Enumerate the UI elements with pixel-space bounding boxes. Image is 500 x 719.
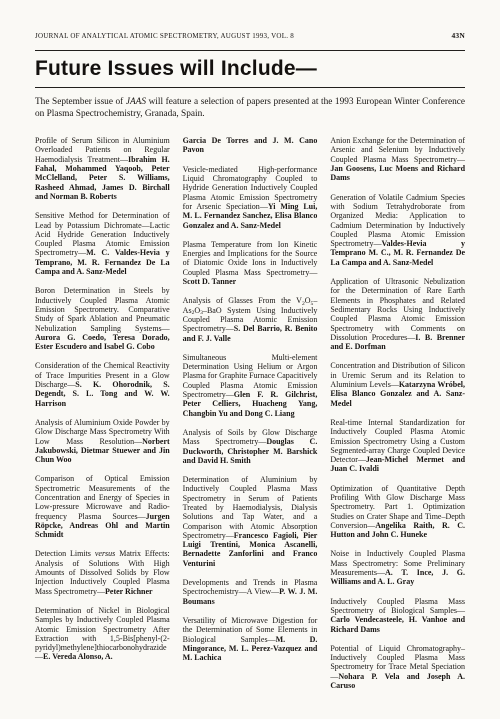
running-head: JOURNAL OF ANALYTICAL ATOMIC SPECTROMETR… — [35, 31, 465, 40]
em-dash: — — [391, 380, 399, 389]
paper-column: Anion Exchange for the Determination of … — [330, 136, 465, 700]
em-dash: — — [260, 202, 268, 211]
paper-entry: Boron Determination in Steels by Inducti… — [35, 286, 170, 351]
em-dash: — — [162, 324, 170, 333]
em-dash: — — [309, 268, 317, 277]
paper-entry: Vesicle-mediated High-performance Liquid… — [183, 165, 318, 230]
paper-entry: Concentration and Distribution of Silico… — [330, 361, 465, 407]
paper-entry: Anion Exchange for the Determination of … — [330, 136, 465, 182]
em-dash: — — [377, 568, 385, 577]
page-number: 43N — [451, 31, 465, 40]
em-dash: — — [138, 512, 146, 521]
paper-entry: Sensitive Method for Determination of Le… — [35, 211, 170, 276]
em-dash: — — [226, 531, 234, 540]
em-dash: — — [457, 606, 465, 615]
paper-title: Determination of Nickel in Biological Sa… — [35, 606, 170, 652]
journal-abbrev: JAAS — [126, 97, 146, 107]
paper-column: Profile of Serum Silicon in Aluminium Ov… — [35, 136, 170, 700]
paper-entry: Generation of Volatile Cadmium Species w… — [330, 193, 465, 267]
intro-paragraph: The September issue of JAAS will feature… — [35, 97, 465, 120]
paper-entry: Analysis of Glasses From the V2O5–As2O3–… — [183, 296, 318, 342]
paper-entry: Detection Limits versus Matrix Effects: … — [35, 549, 170, 595]
paper-authors: Nohara P. Vela and Joseph A. Caruso — [330, 672, 465, 690]
paper-entry: Simultaneous Multi-element Determination… — [183, 353, 318, 418]
paper-entry: Analysis of Aluminium Oxide Powder by Gl… — [35, 418, 170, 464]
paper-entry: Comparison of Optical Emission Spectrome… — [35, 474, 170, 539]
journal-page: JOURNAL OF ANALYTICAL ATOMIC SPECTROMETR… — [0, 0, 500, 719]
em-dash: — — [226, 390, 234, 399]
paper-title: Anion Exchange for the Determination of … — [330, 136, 465, 164]
journal-title-line: JOURNAL OF ANALYTICAL ATOMIC SPECTROMETR… — [35, 32, 294, 40]
intro-text-pre: The September issue of — [35, 97, 126, 107]
paper-authors: Scott D. Tanner — [183, 277, 237, 286]
paper-list: Profile of Serum Silicon in Aluminium Ov… — [35, 136, 465, 700]
paper-column: Garcia De Torres and J. M. Cano PavonVes… — [183, 136, 318, 700]
paper-entry: Consideration of the Chemical Reactivity… — [35, 361, 170, 407]
paper-authors: Carlo Vendecasteele, H. Vanhoe and Richa… — [330, 615, 465, 633]
paper-entry: Profile of Serum Silicon in Aluminium Ov… — [35, 136, 170, 201]
paper-authors: Jan Goosens, Luc Moens and Richard Dams — [330, 164, 465, 182]
em-dash: — — [78, 248, 86, 257]
paper-title: Potential of Liquid Chromatography–Induc… — [330, 644, 465, 672]
em-dash: — — [226, 324, 234, 333]
em-dash: — — [457, 155, 465, 164]
title-rule — [35, 87, 465, 88]
paper-entry: Determination of Aluminium by Inductivel… — [183, 475, 318, 568]
paper-entry: Plasma Temperature from Ion Kinetic Ener… — [183, 240, 318, 286]
paper-entry: Noise in Inductively Coupled Plasma Mass… — [330, 549, 465, 586]
paper-entry: Determination of Nickel in Biological Sa… — [35, 606, 170, 662]
paper-entry: Application of Ultrasonic Nebulization f… — [330, 277, 465, 351]
paper-entry: Potential of Liquid Chromatography–Induc… — [330, 644, 465, 690]
paper-entry: Developments and Trends in Plasma Spectr… — [183, 578, 318, 606]
top-rule — [35, 50, 465, 51]
paper-authors: Peter Richner — [105, 587, 153, 596]
paper-entry: Optimization of Quantitative Depth Profi… — [330, 484, 465, 540]
em-dash: — — [134, 437, 142, 446]
paper-authors: E. Vereda Alonso, A. — [43, 652, 113, 661]
paper-authors: Aurora G. Coedo, Teresa Dorado, Ester Es… — [35, 333, 170, 351]
paper-entry: Analysis of Soils by Glow Discharge Mass… — [183, 428, 318, 465]
em-dash: — — [268, 635, 276, 644]
paper-entry: Inductively Coupled Plasma Mass Spectrom… — [330, 597, 465, 634]
em-dash: — — [358, 455, 366, 464]
paper-entry: Versatility of Microwave Digestion for t… — [183, 616, 318, 662]
page-title: Future Issues will Include— — [35, 57, 465, 81]
paper-entry: Garcia De Torres and J. M. Cano Pavon — [183, 136, 318, 155]
paper-entry: Real-time Internal Standardization for I… — [330, 418, 465, 474]
paper-title: Inductively Coupled Plasma Mass Spectrom… — [330, 597, 465, 615]
em-dash: — — [271, 587, 279, 596]
em-dash: — — [97, 587, 105, 596]
paper-title: Plasma Temperature from Ion Kinetic Ener… — [183, 240, 318, 277]
em-dash: — — [120, 155, 128, 164]
paper-title: Boron Determination in Steels by Inducti… — [35, 286, 170, 332]
paper-authors: Garcia De Torres and J. M. Cano Pavon — [183, 136, 318, 154]
em-dash: — — [35, 652, 43, 661]
